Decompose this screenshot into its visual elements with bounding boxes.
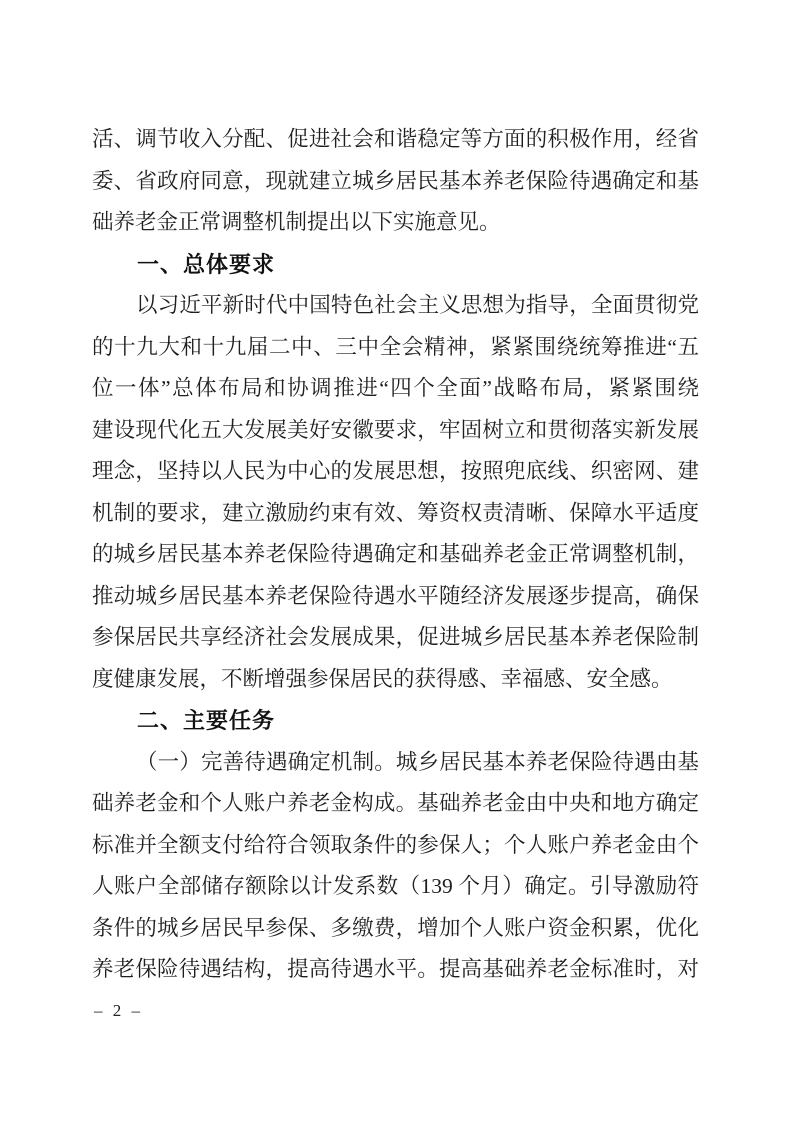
text-line: 的十九大和十九届二中、三中全会精神，紧紧围绕统筹推进“五 <box>92 327 699 369</box>
section-heading-2: 二、主要任务 <box>92 700 699 742</box>
text-line: 度健康发展，不断增强参保居民的获得感、幸福感、安全感。 <box>92 659 699 701</box>
text-line: 础养老金和个人账户养老金构成。基础养老金由中央和地方确定 <box>92 783 699 825</box>
text-line: （一）完善待遇确定机制。城乡居民基本养老保险待遇由基 <box>92 742 699 784</box>
section-heading-1: 一、总体要求 <box>92 244 699 286</box>
text-line: 以习近平新时代中国特色社会主义思想为指导，全面贯彻党 <box>92 285 699 327</box>
text-line: 推动城乡居民基本养老保险待遇水平随经济发展逐步提高，确保 <box>92 576 699 618</box>
document-page: 活、调节收入分配、促进社会和谐稳定等方面的积极作用，经省 委、省政府同意，现就建… <box>0 0 793 1122</box>
text-line: 活、调节收入分配、促进社会和谐稳定等方面的积极作用，经省 <box>92 119 699 161</box>
text-line: 参保居民共享经济社会发展成果，促进城乡居民基本养老保险制 <box>92 617 699 659</box>
text-line: 理念，坚持以人民为中心的发展思想，按照兜底线、织密网、建 <box>92 451 699 493</box>
text-line: 标准并全额支付给符合领取条件的参保人；个人账户养老金由个 <box>92 825 699 867</box>
text-line: 人账户全部储存额除以计发系数（139 个月）确定。引导激励符合 <box>92 866 699 908</box>
text-line: 机制的要求，建立激励约束有效、筹资权责清晰、保障水平适度 <box>92 493 699 535</box>
text-line: 的城乡居民基本养老保险待遇确定和基础养老金正常调整机制， <box>92 534 699 576</box>
document-body: 活、调节收入分配、促进社会和谐稳定等方面的积极作用，经省 委、省政府同意，现就建… <box>92 119 699 991</box>
text-line: 位一体”总体布局和协调推进“四个全面”战略布局，紧紧围绕 <box>92 368 699 410</box>
text-line: 建设现代化五大发展美好安徽要求，牢固树立和贯彻落实新发展 <box>92 410 699 452</box>
text-line: 养老保险待遇结构，提高待遇水平。提高基础养老金标准时，对 <box>92 949 699 991</box>
page-number: – 2 – <box>94 1001 143 1021</box>
text-line: 条件的城乡居民早参保、多缴费，增加个人账户资金积累，优化 <box>92 908 699 950</box>
text-line: 委、省政府同意，现就建立城乡居民基本养老保险待遇确定和基 <box>92 161 699 203</box>
text-line: 础养老金正常调整机制提出以下实施意见。 <box>92 202 699 244</box>
